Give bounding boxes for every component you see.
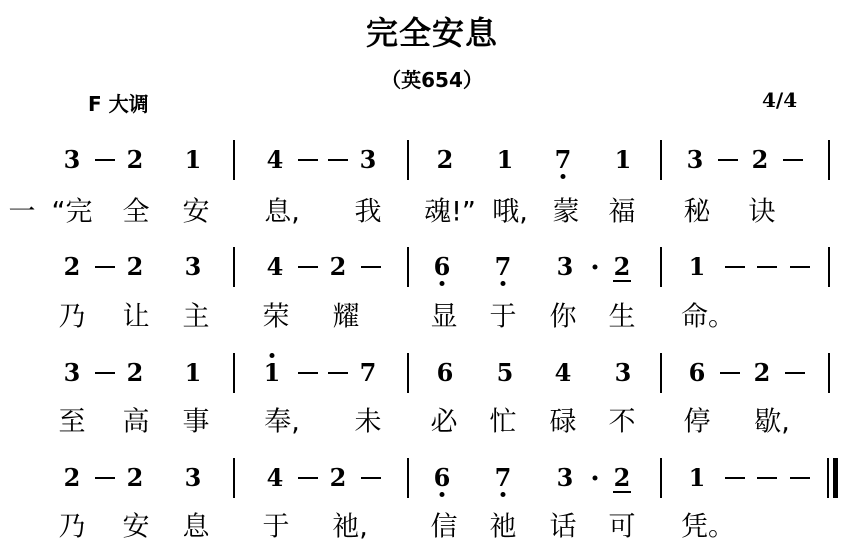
note: 3 [557, 255, 574, 279]
sustain-dash [757, 266, 777, 268]
final-barline-thick [833, 458, 838, 498]
note: 2 [330, 255, 347, 279]
lyric-syllable: 乃 [59, 514, 86, 541]
note: 2 [127, 255, 144, 279]
lyric-syllable: 不 [609, 409, 636, 436]
lyric-syllable: 停 [684, 409, 711, 436]
barline [660, 353, 662, 393]
eighth-underline [613, 280, 631, 282]
lyric-syllable: 事 [183, 409, 210, 436]
lyric-syllable: 生 [609, 304, 636, 331]
note: 2 [127, 361, 144, 385]
sustain-dash [725, 266, 745, 268]
note: 1 [615, 148, 632, 172]
song-title: 完全安息 [0, 8, 864, 54]
sustain-dash [718, 159, 738, 161]
sustain-dash [361, 477, 381, 479]
note: 1 [264, 361, 281, 385]
barline [233, 247, 235, 287]
note: 1 [185, 361, 202, 385]
sustain-dash [95, 477, 115, 479]
sustain-dash [298, 477, 318, 479]
lyric-syllable: 诀 [749, 199, 776, 226]
lyric-syllable: 哦, [492, 199, 528, 226]
note: 3 [185, 255, 202, 279]
lyric-syllable: “完 [52, 199, 93, 226]
lyric-syllable: 至 [59, 409, 86, 436]
lyric-syllable: 安 [123, 514, 150, 541]
note: 7 [360, 361, 377, 385]
note: 2 [127, 466, 144, 490]
sustain-dash [298, 159, 318, 161]
barline [660, 458, 662, 498]
eighth-underline [613, 491, 631, 493]
lyric-syllable: 荣 [263, 304, 290, 331]
note: 2 [330, 466, 347, 490]
sustain-dash [328, 372, 348, 374]
note: 3 [687, 148, 704, 172]
augmentation-dot [593, 476, 598, 481]
lyric-syllable: 必 [431, 409, 458, 436]
lyric-syllable: 福 [609, 199, 636, 226]
barline [828, 353, 830, 393]
barline [407, 458, 409, 498]
barline [660, 140, 662, 180]
lyric-syllable: 奉, [264, 409, 300, 436]
note: 2 [64, 255, 81, 279]
note: 1 [689, 255, 706, 279]
note: 2 [127, 148, 144, 172]
lyric-syllable: 碌 [550, 409, 577, 436]
lyric-syllable: 可 [609, 514, 636, 541]
low-octave-dot [501, 281, 506, 286]
note: 2 [614, 466, 631, 490]
augmentation-dot [593, 265, 598, 270]
lyric-syllable: 未 [355, 409, 382, 436]
note: 3 [64, 148, 81, 172]
lyric-syllable: 主 [183, 304, 210, 331]
note: 7 [555, 148, 572, 172]
lyric-syllable: 全 [123, 199, 150, 226]
note: 1 [497, 148, 514, 172]
low-octave-dot [501, 492, 506, 497]
note: 2 [752, 148, 769, 172]
note: 7 [495, 466, 512, 490]
note: 3 [557, 466, 574, 490]
lyric-syllable: 忙 [490, 409, 517, 436]
note: 4 [555, 361, 572, 385]
note: 6 [434, 466, 451, 490]
sustain-dash [95, 266, 115, 268]
barline [233, 140, 235, 180]
lyric-syllable: 让 [123, 304, 150, 331]
sustain-dash [298, 372, 318, 374]
barline [233, 353, 235, 393]
high-octave-dot [270, 353, 275, 358]
barline [828, 140, 830, 180]
note: 2 [64, 466, 81, 490]
note: 6 [434, 255, 451, 279]
sustain-dash [785, 372, 805, 374]
note: 2 [614, 255, 631, 279]
barline [407, 140, 409, 180]
sustain-dash [361, 266, 381, 268]
lyric-syllable: 于 [490, 304, 517, 331]
lyric-syllable: 显 [431, 304, 458, 331]
lyric-syllable: 信 [431, 514, 458, 541]
sustain-dash [725, 477, 745, 479]
note: 3 [360, 148, 377, 172]
note: 5 [497, 361, 514, 385]
barline [660, 247, 662, 287]
lyric-syllable: 祂 [490, 514, 517, 541]
sustain-dash [757, 477, 777, 479]
note: 1 [689, 466, 706, 490]
sustain-dash [328, 159, 348, 161]
lyric-syllable: 高 [123, 409, 150, 436]
lyric-syllable: 歇, [754, 409, 790, 436]
note: 3 [185, 466, 202, 490]
lyric-syllable: 秘 [684, 199, 711, 226]
lyric-syllable: 乃 [59, 304, 86, 331]
lyric-syllable: 我 [355, 199, 382, 226]
note: 4 [267, 148, 284, 172]
lyric-syllable: 命。 [681, 304, 735, 331]
lyric-syllable: 息 [183, 514, 210, 541]
barline [407, 247, 409, 287]
lyric-syllable: 你 [550, 304, 577, 331]
note: 6 [437, 361, 454, 385]
sustain-dash [95, 372, 115, 374]
lyric-syllable: 话 [550, 514, 577, 541]
low-octave-dot [440, 281, 445, 286]
barline [233, 458, 235, 498]
sustain-dash [720, 372, 740, 374]
barline [828, 247, 830, 287]
lyric-syllable: 凭。 [681, 514, 735, 541]
final-barline-thin [827, 458, 829, 498]
lyric-syllable: 于 [263, 514, 290, 541]
note: 6 [689, 361, 706, 385]
time-signature: 4/4 [762, 88, 797, 112]
lyric-syllable: 祂, [332, 514, 368, 541]
note: 7 [495, 255, 512, 279]
sustain-dash [790, 266, 810, 268]
sustain-dash [783, 159, 803, 161]
lyric-syllable: 息, [264, 199, 300, 226]
low-octave-dot [440, 492, 445, 497]
sustain-dash [298, 266, 318, 268]
lyric-syllable: 魂!” [424, 199, 476, 226]
note: 1 [185, 148, 202, 172]
note: 2 [437, 148, 454, 172]
note: 3 [615, 361, 632, 385]
lyric-syllable: 耀 [333, 304, 360, 331]
note: 4 [267, 466, 284, 490]
lyric-syllable: 蒙 [553, 199, 580, 226]
note: 3 [64, 361, 81, 385]
note: 2 [754, 361, 771, 385]
lyric-syllable: 一 [9, 199, 36, 226]
barline [407, 353, 409, 393]
note: 4 [267, 255, 284, 279]
key-signature: F 大调 [88, 88, 149, 117]
sustain-dash [95, 159, 115, 161]
sustain-dash [790, 477, 810, 479]
lyric-syllable: 安 [183, 199, 210, 226]
low-octave-dot [561, 174, 566, 179]
